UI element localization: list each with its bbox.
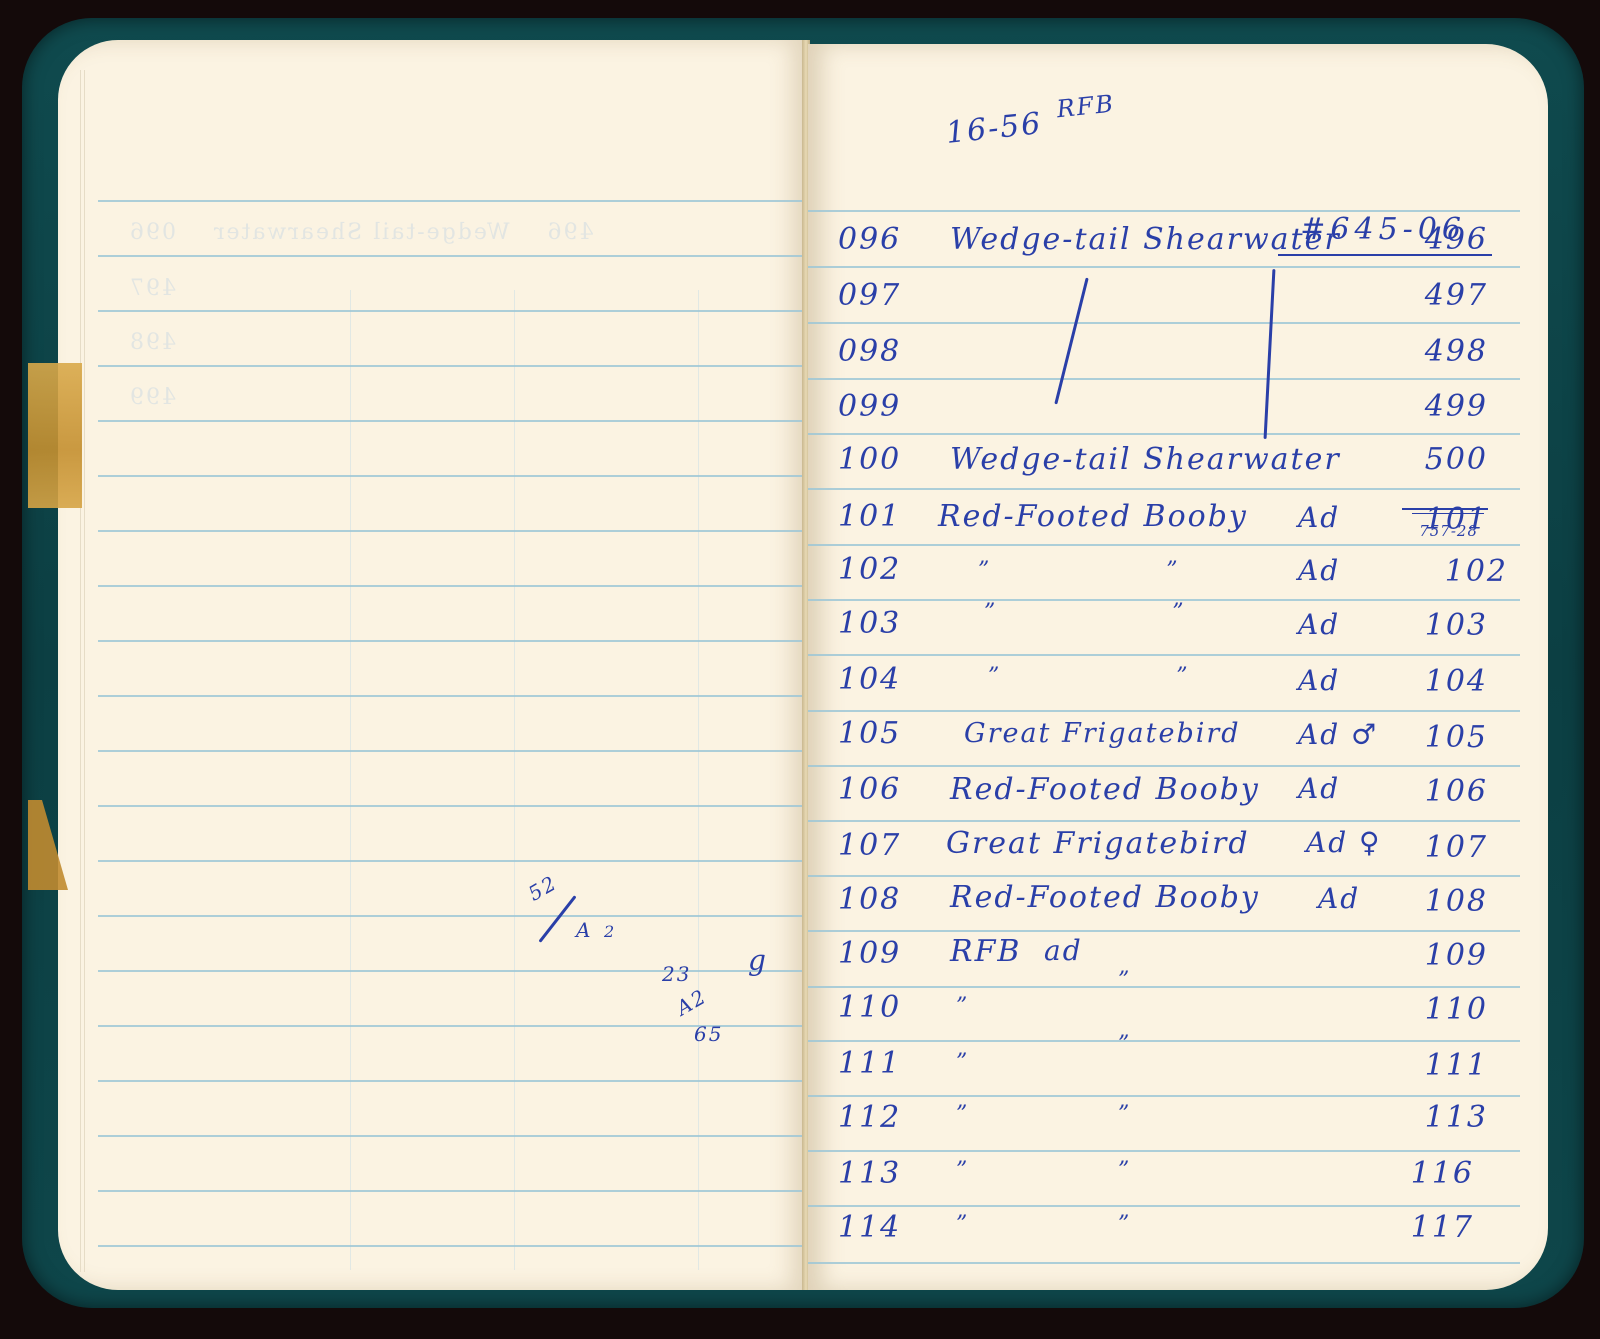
ruled-line — [98, 200, 806, 202]
scribble-mark-g: g — [748, 944, 768, 977]
age-sex: Ad ♀ — [1306, 826, 1382, 859]
band-number: 496 — [1425, 222, 1488, 257]
ruled-line — [808, 1150, 1520, 1152]
ruled-line — [98, 365, 806, 367]
age-ditto: ” — [1118, 968, 1129, 993]
field-number: 113 — [838, 1156, 901, 1191]
species-ditto: ” — [956, 1158, 967, 1183]
ruled-line — [98, 915, 806, 917]
ruled-line — [808, 710, 1520, 712]
ruled-line — [98, 1190, 806, 1192]
band-number: 110 — [1425, 992, 1488, 1027]
band-number: 116 — [1411, 1156, 1474, 1191]
band-number: 497 — [1425, 278, 1488, 313]
ruled-line — [98, 310, 806, 312]
ruled-line — [98, 1080, 806, 1082]
page-stack-edge — [80, 70, 85, 1272]
species-ditto: ” — [956, 1050, 967, 1075]
ruled-line — [98, 805, 806, 807]
field-number: 112 — [838, 1100, 901, 1135]
scribble-fraction-1-extra: 2 — [604, 922, 616, 941]
band-number: 101 — [1425, 502, 1488, 537]
ruled-line — [808, 1095, 1520, 1097]
ruled-line — [98, 860, 806, 862]
band-number: 500 — [1425, 442, 1488, 477]
field-number: 106 — [838, 772, 901, 807]
field-number: 103 — [838, 606, 901, 641]
band-number: 105 — [1425, 720, 1488, 755]
ruled-line — [98, 750, 806, 752]
ruled-line — [808, 378, 1520, 380]
left-page: 496 Wedge-tail Shearwater 096 497 498 49… — [58, 40, 806, 1290]
band-number: 109 — [1425, 938, 1488, 973]
ruled-line — [98, 420, 806, 422]
age-ditto: ” — [1118, 1158, 1129, 1183]
ruled-line — [808, 765, 1520, 767]
field-number: 098 — [838, 334, 901, 369]
header-range-text: 16-56 — [944, 106, 1044, 151]
ruled-line — [808, 322, 1520, 324]
age-sex: Ad — [1318, 882, 1360, 915]
field-number: 105 — [838, 716, 901, 751]
ruled-line — [808, 1040, 1520, 1042]
ruled-line — [98, 255, 806, 257]
ditto-bracket — [1054, 278, 1088, 405]
species: Red-Footed Booby — [938, 499, 1248, 534]
ruled-line — [808, 433, 1520, 435]
ruled-line — [98, 530, 806, 532]
ruled-line — [808, 986, 1520, 988]
ruled-line — [808, 930, 1520, 932]
right-page: 16-56RFB #645-06 096 Wedge-tail Shearwat… — [808, 44, 1548, 1290]
ruled-line — [98, 970, 806, 972]
column-line — [514, 290, 515, 1270]
band-number: 108 — [1425, 884, 1488, 919]
ruled-line — [808, 266, 1520, 268]
species: Wedge-tail Shearwater — [950, 442, 1341, 477]
field-number: 104 — [838, 662, 901, 697]
tape-strip — [28, 363, 82, 508]
species-ditto: ” — [956, 994, 967, 1019]
ruled-line — [808, 654, 1520, 656]
field-number: 102 — [838, 552, 901, 587]
field-number: 109 — [838, 936, 901, 971]
age-sex: ad — [1044, 934, 1083, 967]
header-species-code: RFB — [1055, 89, 1116, 123]
field-number: 110 — [838, 990, 901, 1025]
fraction-slash — [538, 895, 576, 943]
ruled-line — [808, 875, 1520, 877]
ruled-line — [808, 820, 1520, 822]
band-number: 102 — [1445, 554, 1508, 589]
field-number: 099 — [838, 389, 901, 424]
species: Great Frigatebird — [946, 826, 1250, 861]
age-sex: Ad — [1298, 772, 1340, 805]
field-number: 111 — [838, 1046, 901, 1081]
column-line — [698, 290, 699, 1270]
species: RFB — [950, 934, 1021, 969]
header-range: 16-56RFB — [944, 98, 1118, 151]
field-number: 100 — [838, 442, 901, 477]
band-number: 103 — [1425, 608, 1488, 643]
field-number: 101 — [838, 499, 901, 534]
field-number: 107 — [838, 828, 901, 863]
scribble-fraction-2-middle: A2 — [672, 984, 711, 1020]
scribble-fraction-2-bottom: 65 — [694, 1022, 723, 1046]
band-number: 111 — [1425, 1048, 1488, 1083]
band-number: 117 — [1411, 1210, 1474, 1245]
species-ditto: ” ” — [988, 664, 1188, 689]
ruled-line — [98, 1245, 806, 1247]
scribble-fraction-1-bottom: A — [576, 918, 592, 942]
field-number: 114 — [838, 1210, 901, 1245]
column-line — [350, 290, 351, 1270]
species: Red-Footed Booby — [950, 880, 1260, 915]
ditto-bracket — [1264, 269, 1276, 439]
scribble-fraction-1-top: 52 — [524, 870, 562, 906]
ruled-line — [98, 475, 806, 477]
ruled-line — [808, 488, 1520, 490]
age-sex: Ad — [1298, 664, 1340, 697]
band-number: 107 — [1425, 830, 1488, 865]
band-number: 104 — [1425, 664, 1488, 699]
species-ditto: ” — [956, 1212, 967, 1237]
bleed-through-text: 498 — [128, 330, 176, 355]
age-sex: Ad — [1298, 501, 1340, 534]
ruled-line — [808, 1262, 1520, 1264]
field-number: 096 — [838, 222, 901, 257]
ruled-line — [98, 640, 806, 642]
ruled-line — [98, 695, 806, 697]
field-number: 097 — [838, 278, 901, 313]
bleed-through-text: 496 Wedge-tail Shearwater 096 — [128, 220, 594, 245]
species: Wedge-tail Shearwater — [950, 222, 1341, 257]
band-number: 113 — [1425, 1100, 1488, 1135]
age-sex: Ad ♂ — [1298, 718, 1378, 751]
band-number: 498 — [1425, 334, 1488, 369]
age-sex: Ad — [1298, 608, 1340, 641]
species-ditto: ” — [956, 1102, 967, 1127]
age-ditto: ” — [1118, 1212, 1129, 1237]
species: Red-Footed Booby — [950, 772, 1260, 807]
bleed-through-text: 499 — [128, 385, 176, 410]
species-ditto: ” ” — [978, 558, 1178, 583]
species-ditto: ” ” — [984, 600, 1184, 625]
age-ditto: ” — [1118, 1102, 1129, 1127]
field-number: 108 — [838, 882, 901, 917]
age-ditto: ” — [1118, 1032, 1129, 1057]
ruled-line — [808, 1205, 1520, 1207]
age-sex: Ad — [1298, 554, 1340, 587]
band-number: 106 — [1425, 774, 1488, 809]
band-number: 499 — [1425, 389, 1488, 424]
ruled-line — [98, 585, 806, 587]
ruled-line — [808, 544, 1520, 546]
ruled-line — [98, 1135, 806, 1137]
scribble-fraction-2-top: 23 — [662, 962, 691, 986]
bleed-through-text: 497 — [128, 276, 176, 301]
species: Great Frigatebird — [964, 718, 1241, 749]
